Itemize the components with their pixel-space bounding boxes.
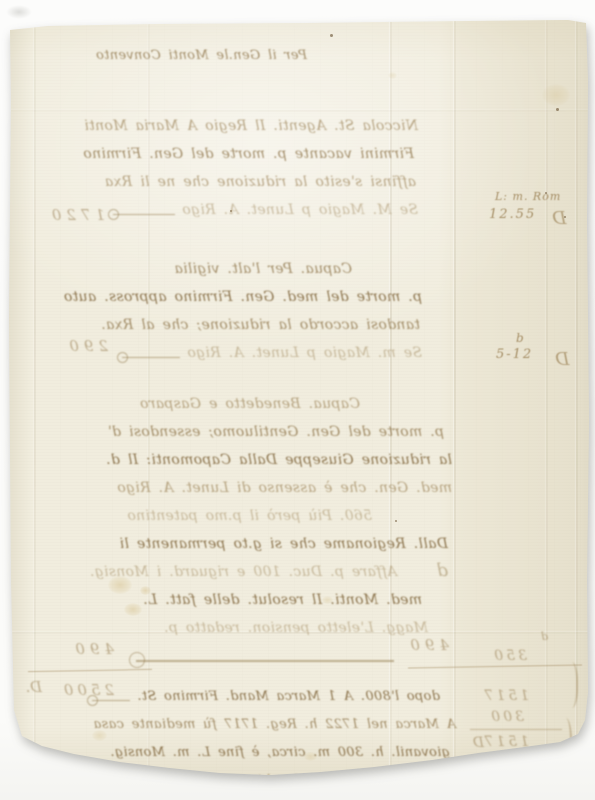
- scanner-background: Per il Gen.le Monti Convento Niccola St.…: [0, 0, 595, 800]
- sum-rule-right: [408, 664, 582, 668]
- margin-note-1-label: L: m. Rom: [495, 190, 561, 203]
- margin-note-1-amount: 12.55: [489, 207, 536, 222]
- margin-note-2-label: b: [516, 331, 525, 345]
- margin-note-1-mark: D: [551, 208, 566, 229]
- sum-rule-left: [28, 669, 152, 672]
- scanned-page: Per il Gen.le Monti Convento Niccola St.…: [8, 20, 590, 780]
- paper-wrapper: Per il Gen.le Monti Convento Niccola St.…: [8, 20, 590, 780]
- margin-annotations-layer: L: m. Rom 12.55 D b 5-12 D: [8, 20, 590, 780]
- backwards-d-mark: D: [551, 208, 566, 229]
- margin-note-2-mark: D: [554, 349, 569, 370]
- backwards-d-mark: D: [554, 349, 569, 370]
- margin-note-2-amount: 5-12: [496, 347, 533, 362]
- scanner-smudge: [6, 5, 32, 19]
